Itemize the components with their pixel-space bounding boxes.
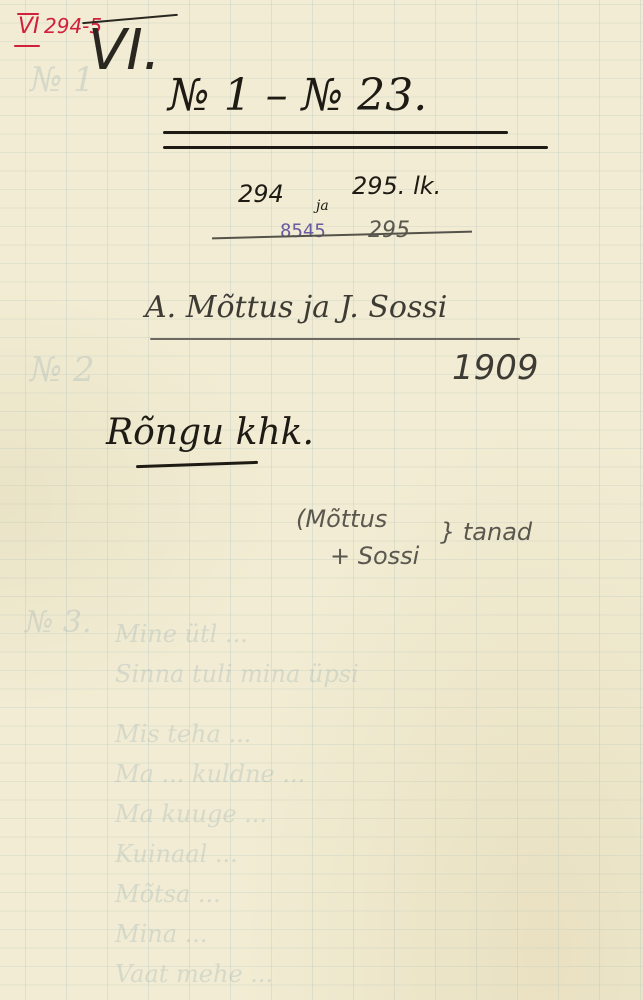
title-underline-2 — [163, 146, 548, 149]
note-line-1: (Mõttus — [296, 505, 387, 533]
page-range-second: 295. lk. — [352, 172, 441, 200]
strikethrough-line — [212, 231, 472, 239]
bleed-through-text: Sinna tuli mina üpsi — [115, 660, 359, 688]
archive-roman: VI — [18, 14, 40, 39]
bleed-through-text: № 3. — [25, 605, 92, 640]
old-handwritten-number: 295 — [368, 218, 410, 243]
title-range: № 1 – № 23. — [168, 70, 427, 121]
document-page: № 1 № 2 № 3. Mine ütl ... Sinna tuli min… — [0, 0, 643, 1000]
bleed-through-text: № 2 — [30, 350, 95, 390]
page-range-conj: ja — [316, 198, 329, 214]
bleed-through-text: Mõtsa ... — [115, 880, 221, 908]
note-suffix: } tanad — [440, 518, 532, 546]
place-name: Rõngu khk. — [106, 412, 314, 453]
bleed-through-text: Mine ütl ... — [115, 620, 248, 648]
underline — [14, 45, 40, 47]
bleed-through-text: № 1 — [30, 60, 95, 100]
bleed-through-text: Mis teha ... — [115, 720, 251, 748]
bleed-through-text: Ma ... kuldne ... — [115, 760, 305, 788]
title-underline-1 — [163, 131, 508, 134]
collectors-names: A. Mõttus ja J. Sossi — [145, 290, 447, 325]
place-underline — [136, 461, 258, 468]
old-stamp-number: 8545 — [280, 220, 326, 242]
bleed-through-text: Mina ... — [115, 920, 208, 948]
year: 1909 — [452, 348, 539, 388]
bleed-through-text: Vaat mehe ... — [115, 960, 273, 988]
page-range-first: 294 — [238, 180, 284, 208]
bleed-through-text: Kuinaal ... — [115, 840, 238, 868]
bleed-through-text: Ma kuuge ... — [115, 800, 267, 828]
note-line-2: + Sossi — [330, 542, 419, 570]
volume-mark: VI. — [88, 18, 161, 83]
collectors-underline — [150, 338, 520, 340]
